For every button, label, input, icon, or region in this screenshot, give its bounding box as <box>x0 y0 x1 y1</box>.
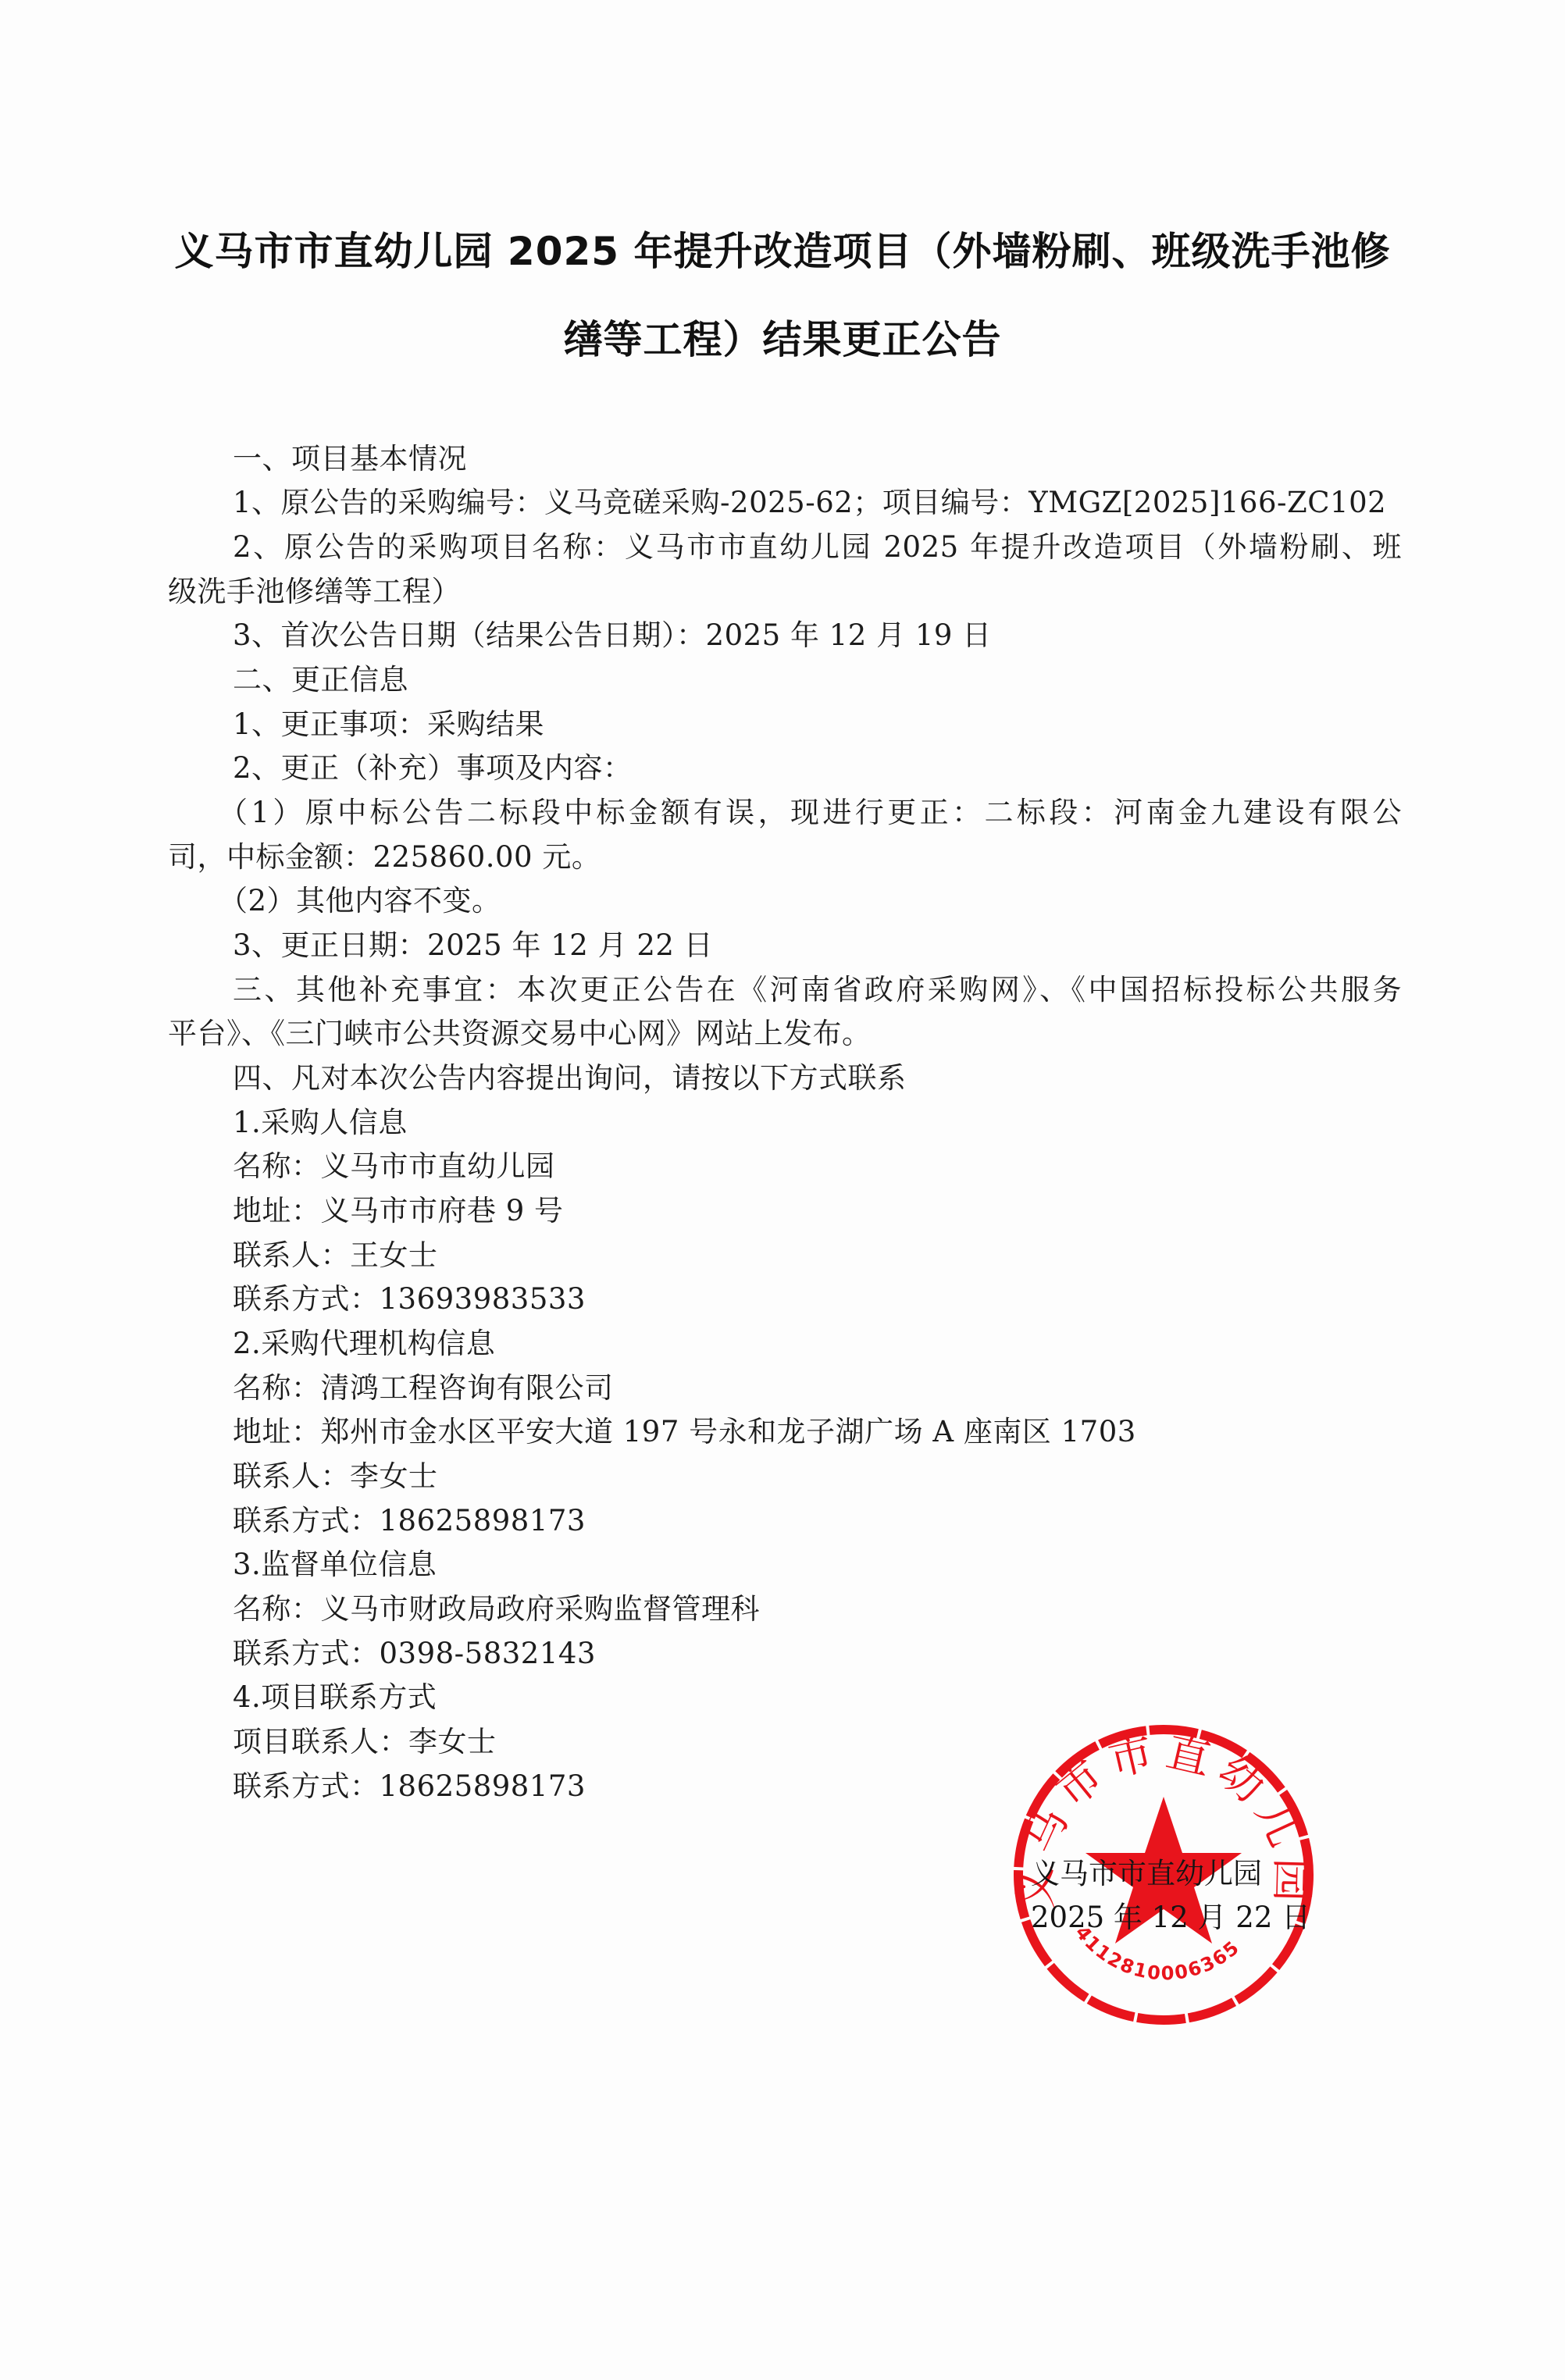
section2-sub1-line1: （1）原中标公告二标段中标金额有误，现进行更正：二标段：河南金九建设有限公 <box>219 796 1402 830</box>
section2-item1: 1、更正事项：采购结果 <box>233 707 544 742</box>
supervisor-phone: 联系方式：0398-5832143 <box>233 1637 596 1671</box>
section2-sub1-line2: 司，中标金额：225860.00 元。 <box>168 840 601 875</box>
section2-item2: 2、更正（补充）事项及内容： <box>233 751 633 786</box>
project-contact-heading: 4.项目联系方式 <box>233 1680 437 1715</box>
agency-contact: 联系人：李女士 <box>233 1459 438 1494</box>
purchaser-heading: 1.采购人信息 <box>233 1106 408 1140</box>
section1-item1: 1、原公告的采购编号：义马竞磋采购-2025-62；项目编号：YMGZ[2025… <box>233 486 1386 520</box>
supervisor-heading: 3.监督单位信息 <box>233 1548 437 1582</box>
section4-heading: 四、凡对本次公告内容提出询问，请按以下方式联系 <box>233 1061 907 1096</box>
document-page: 义马市市直幼儿园 2025 年提升改造项目（外墙粉刷、班级洗手池修 缮等工程）结… <box>0 0 1565 2380</box>
purchaser-address: 地址：义马市市府巷 9 号 <box>233 1194 564 1228</box>
section2-heading: 二、更正信息 <box>233 663 408 697</box>
supervisor-name: 名称：义马市财政局政府采购监督管理科 <box>233 1592 760 1626</box>
project-contact-person: 项目联系人：李女士 <box>233 1725 497 1759</box>
section2-item3: 3、更正日期：2025 年 12 月 22 日 <box>233 928 713 963</box>
agency-heading: 2.采购代理机构信息 <box>233 1327 495 1361</box>
agency-name: 名称：清鸿工程咨询有限公司 <box>233 1371 614 1406</box>
agency-phone: 联系方式：18625898173 <box>233 1504 586 1538</box>
title-line-1: 义马市市直幼儿园 2025 年提升改造项目（外墙粉刷、班级洗手池修 <box>0 220 1565 276</box>
section1-item2-line2: 级洗手池修缮等工程） <box>168 575 461 609</box>
signature-date: 2025 年 12 月 22 日 <box>1031 1901 1310 1935</box>
agency-address: 地址：郑州市金水区平安大道 197 号永和龙子湖广场 A 座南区 1703 <box>233 1415 1136 1449</box>
section1-heading: 一、项目基本情况 <box>233 442 467 476</box>
title-line-2: 缮等工程）结果更正公告 <box>0 308 1565 365</box>
section3-line2: 平台》、《三门峡市公共资源交易中心网》网站上发布。 <box>168 1017 872 1051</box>
purchaser-name: 名称：义马市市直幼儿园 <box>233 1149 555 1184</box>
purchaser-phone: 联系方式：13693983533 <box>233 1282 586 1316</box>
purchaser-contact: 联系人：王女士 <box>233 1238 438 1273</box>
project-contact-phone: 联系方式：18625898173 <box>233 1769 586 1804</box>
section1-item2-line1: 2、原公告的采购项目名称：义马市市直幼儿园 2025 年提升改造项目（外墙粉刷、… <box>233 530 1402 565</box>
signature-org: 义马市市直幼儿园 <box>1031 1857 1262 1891</box>
section2-sub2: （2）其他内容不变。 <box>219 884 501 918</box>
section1-item3: 3、首次公告日期（结果公告日期）：2025 年 12 月 19 日 <box>233 618 992 653</box>
section3-line1: 三、其他补充事宜：本次更正公告在《河南省政府采购网》、《中国招标投标公共服务 <box>233 973 1402 1007</box>
